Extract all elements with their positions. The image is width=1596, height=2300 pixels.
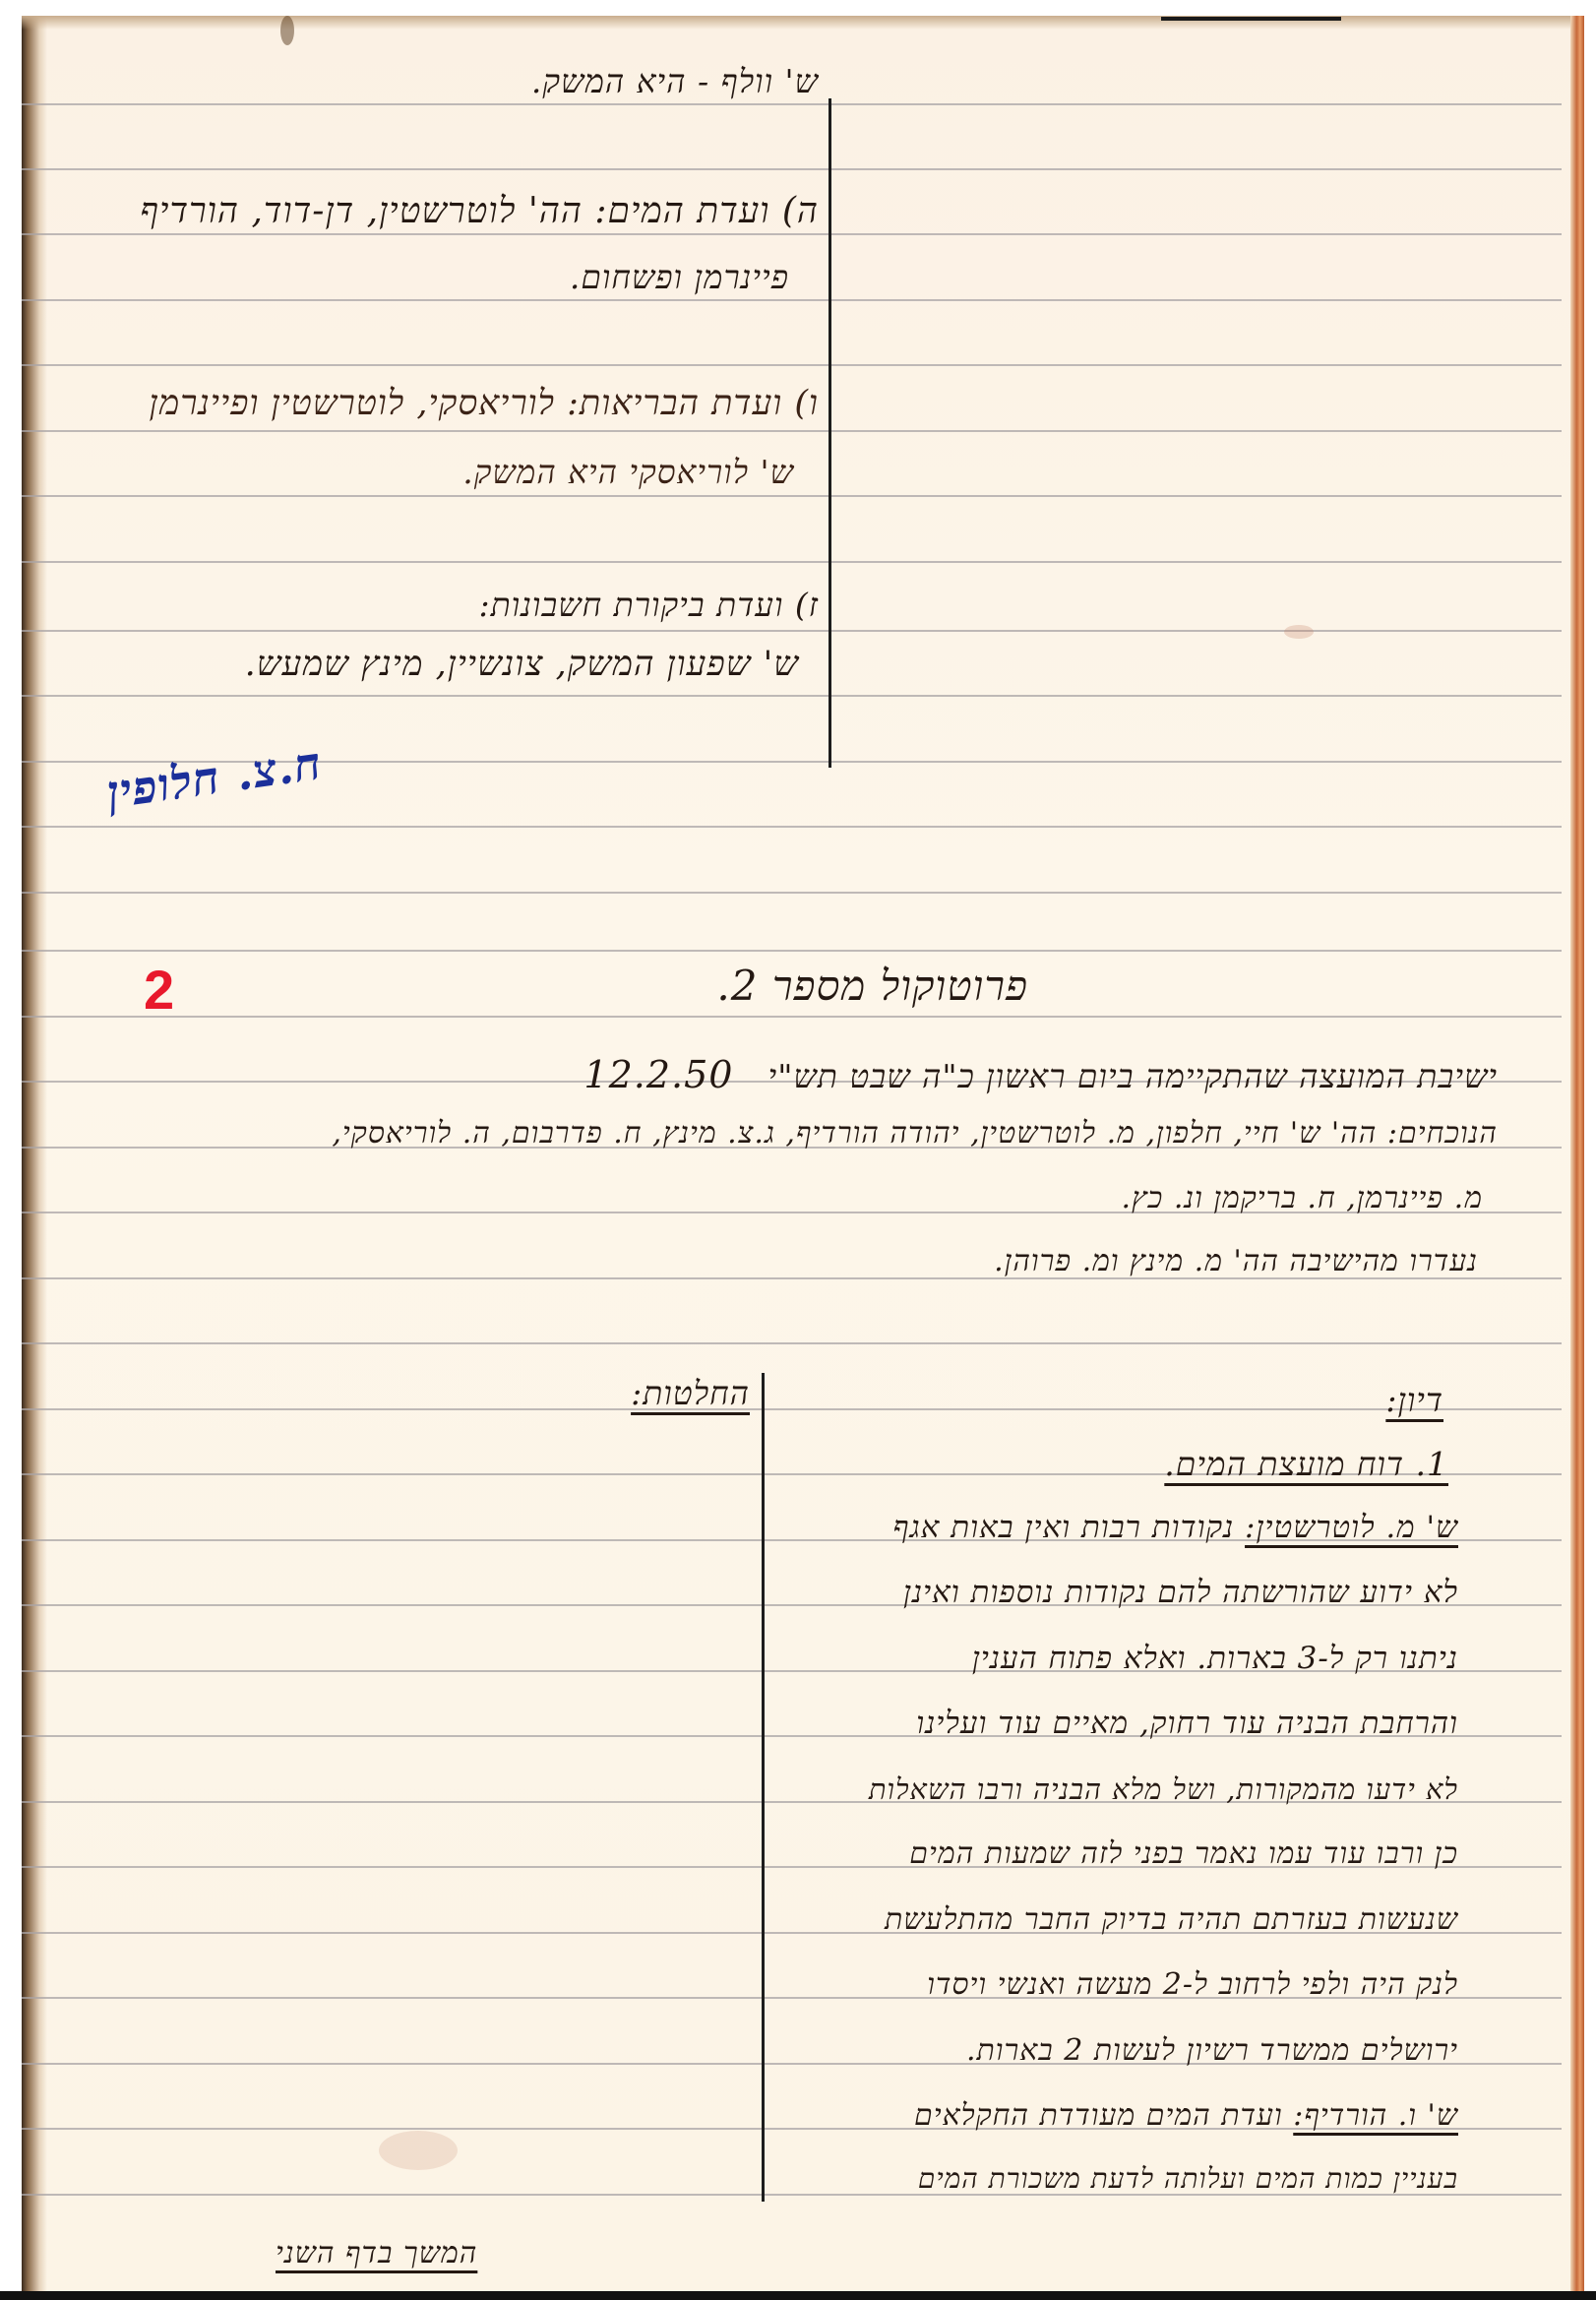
attendees-line-1: הנוכחים: הה' ש' חיי, חלפון, מ. לוטרשטין,… [332,1114,1498,1153]
speaker-1-line-0: נקודות רבות ואין באות אגף [892,1510,1234,1545]
speaker-1-line: והרחבת הבניה עוד רחוק, מאיים עוד ועלינו [916,1704,1458,1743]
meeting-date: 12.2.50 [583,1053,733,1096]
attendees-line-2: מ. פיינרמן, ח. בריקמן ונ. כץ. [1121,1179,1483,1218]
committee-water-line: ה) ועדת המים: הה' לוטרשטין, דן-דוד, הורד… [140,192,819,231]
committee-health-line: ו) ועדת הבריאות: לוריאסקי, לוטרשטין ופיי… [150,384,819,423]
committee-audit-line: ז) ועדת ביקורת חשבונות: [479,586,819,625]
speaker-1-first-line: ש' מ. לוטרשטין: נקודות רבות ואין באות אג… [892,1508,1458,1547]
paper-stain [379,2131,458,2170]
protocol-title: פרוטוקול מספר 2. [716,966,1028,1006]
speaker-1-line: לנק היה ולפי לרחוב ל-2 מעשה ואנשי ויסדו [927,1965,1458,2005]
page-marker-number: 2 [144,963,174,1018]
speaker-1-label: ש' מ. לוטרשטין: [1245,1510,1458,1545]
speaker-1-line: ניתנו רק ל-3 בארות. ואלא פתוח הענין [972,1639,1458,1678]
scan-bottom-border [0,2291,1596,2300]
speaker-1-line: לא ידוע שהורשתה להם נקודות נוספות ואינן [903,1573,1458,1612]
speaker-2-line: בעניין כמות המים ועלותה לדעת משכורת המים [918,2159,1458,2199]
paper-stain [280,16,294,45]
item-title-text: 1. דוח מועצת המים. [1164,1445,1448,1483]
paper-stain [1284,625,1314,639]
discussion-item-title: 1. דוח מועצת המים. [1164,1445,1448,1484]
decisions-header: החלטות: [631,1374,750,1413]
page-top-edge-shadow [22,16,1584,30]
speaker-1-line: כן ורבו עוד עמו נאמר בפני לזה שמעות המים [909,1834,1458,1874]
committee-water-line-2: פיינרמן ופשחום. [570,258,789,297]
continued-note: המשך בדף השני [276,2234,477,2273]
speaker-1-line: לא ידעו מהמקורות, ושל מלא הבניה ורבו השא… [869,1770,1458,1809]
notebook-page [22,16,1584,2293]
discussion-header: דיון: [1385,1381,1443,1420]
notebook-binding-edge [1570,16,1584,2293]
committee-health-line-2: ש' לוריאסקי היא המשק. [462,453,794,492]
speaker-2-first-line: ש' ו. הורדיף: ועדת המים מעודדת החקלאים [914,2096,1458,2136]
speaker-1-line: שנעשות בעזרתם תהיה בדיוק החבר מהתלעשת [885,1900,1458,1940]
top-column-divider [829,98,831,768]
speaker-2-line-0: ועדת המים מעודדת החקלאים [914,2098,1283,2133]
speaker-2-label: ש' ו. הורדיף: [1293,2098,1458,2133]
top-stub-line [1161,17,1341,21]
top-line-0: ש' וולף - היא המשק. [531,62,819,101]
committee-audit-members: ש' שפעון המשק, צונשיין, מינץ שמעש. [245,645,799,684]
lower-column-divider [762,1373,765,2202]
speaker-1-line: ירושלים ממשרד רשיון לעשות 2 בארות. [966,2031,1458,2071]
absent-line: נעדרו מהישיבה הה' מ. מינץ ומ. פרוהן. [994,1242,1478,1281]
page-left-edge-shadow [22,16,47,2293]
meeting-line: ישיבת המועצה שהתקיימה ביום ראשון כ"ה שבט… [583,1055,1498,1096]
meeting-text: ישיבת המועצה שהתקיימה ביום ראשון כ"ה שבט… [768,1057,1498,1095]
